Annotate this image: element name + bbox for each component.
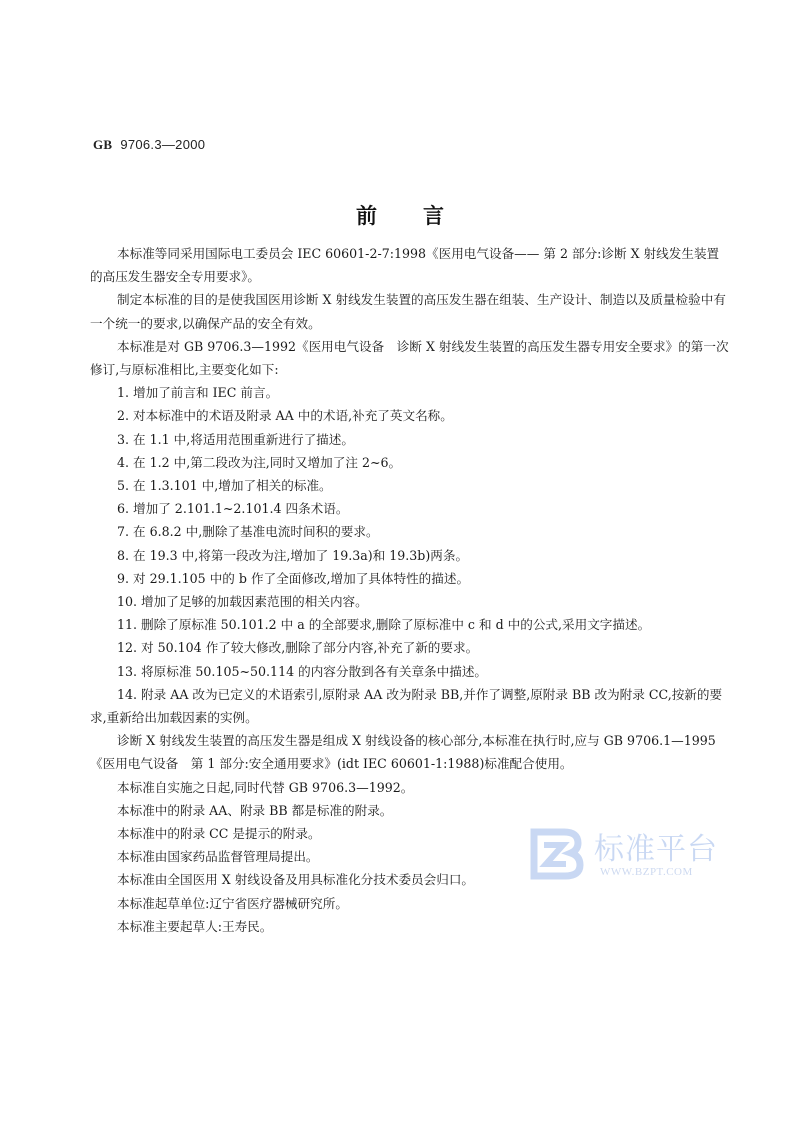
list-item: 6. 增加了 2.101.1~2.101.4 四条术语。 [90,497,730,520]
closing-paragraph: 诊断 X 射线发生装置的高压发生器是组成 X 射线设备的核心部分,本标准在执行时… [90,729,730,775]
closing-line: 本标准中的附录 AA、附录 BB 都是标准的附录。 [90,799,730,822]
intro-paragraph-2: 制定本标准的目的是使我国医用诊断 X 射线发生装置的高压发生器在组装、生产设计、… [90,288,730,334]
intro-paragraph-3: 本标准是对 GB 9706.3—1992《医用电气设备 诊断 X 射线发生装置的… [90,335,730,381]
list-item: 13. 将原标准 50.105~50.114 的内容分散到各有关章条中描述。 [90,660,730,683]
watermark-text: 标准平台 [594,824,718,868]
list-item: 11. 删除了原标准 50.101.2 中 a 的全部要求,删除了原标准中 c … [90,613,730,636]
list-item: 14. 附录 AA 改为已定义的术语索引,原附录 AA 改为附录 BB,并作了调… [90,683,730,729]
list-item: 10. 增加了足够的加载因素范围的相关内容。 [90,590,730,613]
list-item: 4. 在 1.2 中,第二段改为注,同时又增加了注 2~6。 [90,451,730,474]
list-item: 9. 对 29.1.105 中的 b 作了全面修改,增加了具体特性的描述。 [90,567,730,590]
list-item: 3. 在 1.1 中,将适用范围重新进行了描述。 [90,428,730,451]
list-item: 12. 对 50.104 作了较大修改,删除了部分内容,补充了新的要求。 [90,636,730,659]
watermark-url: WWW.BZPT.COM [600,866,693,878]
bzpt-logo-icon [530,826,584,880]
list-item: 5. 在 1.3.101 中,增加了相关的标准。 [90,474,730,497]
standard-code: 9706.3—2000 [120,137,205,152]
changes-list: 1. 增加了前言和 IEC 前言。 2. 对本标准中的术语及附录 AA 中的术语… [90,381,730,729]
closing-line: 本标准起草单位:辽宁省医疗器械研究所。 [90,892,730,915]
intro-paragraph-1: 本标准等同采用国际电工委员会 IEC 60601-2-7:1998《医用电气设备… [90,242,730,288]
standard-number: GB 9706.3—2000 [93,137,205,153]
list-item: 2. 对本标准中的术语及附录 AA 中的术语,补充了英文名称。 [90,404,730,427]
list-item: 1. 增加了前言和 IEC 前言。 [90,381,730,404]
closing-line: 本标准自实施之日起,同时代替 GB 9706.3—1992。 [90,776,730,799]
standard-prefix: GB [93,137,112,152]
list-item: 7. 在 6.8.2 中,删除了基准电流时间积的要求。 [90,520,730,543]
watermark: 标准平台 WWW.BZPT.COM [530,822,740,888]
list-item: 8. 在 19.3 中,将第一段改为注,增加了 19.3a)和 19.3b)两条… [90,544,730,567]
page-title: 前言 [0,200,800,230]
closing-line: 本标准主要起草人:王寿民。 [90,915,730,938]
